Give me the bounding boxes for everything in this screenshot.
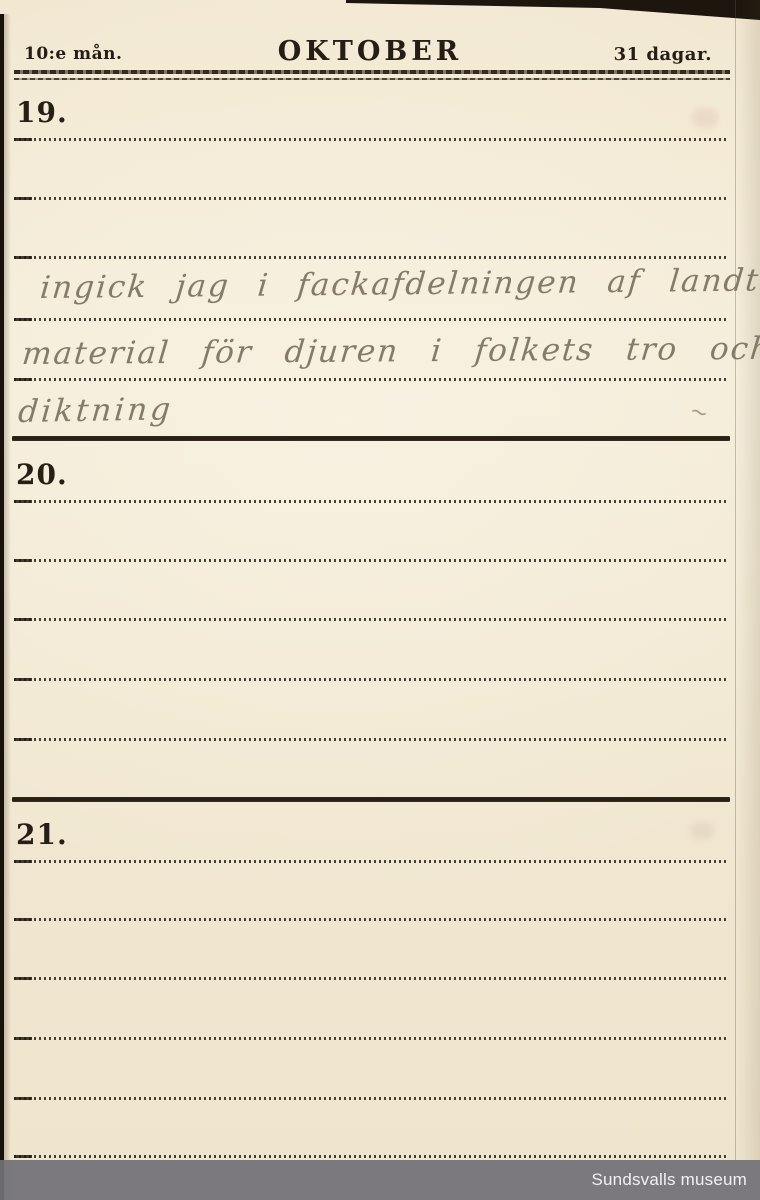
ruled-line (14, 1097, 729, 1100)
museum-credit-text: Sundsvalls museum (591, 1170, 760, 1190)
ruled-line (14, 1037, 729, 1040)
ruled-line (14, 378, 729, 381)
day-number-19: 19. (16, 96, 68, 129)
ruled-line (14, 860, 729, 863)
handwriting-line-1: ingick jag i fackafdelningen af landt- (39, 262, 760, 306)
ruled-line (14, 738, 729, 741)
day-divider (12, 436, 730, 441)
page-edge-right (735, 0, 760, 1160)
ruled-line (14, 197, 729, 200)
ruled-line (14, 559, 729, 562)
bleedthrough-mark (692, 108, 718, 128)
day-number-21: 21. (16, 818, 68, 851)
museum-credit-bar: Sundsvalls museum (0, 1160, 760, 1200)
handwriting-squiggle: ~ (686, 398, 711, 427)
ruled-line (14, 500, 729, 503)
handwriting-line-2: material för djuren i folkets tro och (20, 331, 760, 372)
scan-edge-left-shadow (4, 14, 11, 1200)
handwriting-line-3: diktning (17, 391, 175, 430)
ruled-line (14, 918, 729, 921)
ruled-line (14, 977, 729, 980)
scan-edge-top-right (0, 0, 760, 26)
header-rule-thin (14, 78, 730, 80)
ruled-line (14, 678, 729, 681)
diary-page: 10:e mån. OKTOBER 31 dagar. 19. ingick j… (0, 0, 760, 1200)
ruled-line (14, 1155, 729, 1158)
day-divider (12, 797, 730, 802)
ruled-line (14, 256, 729, 259)
ruled-line (14, 618, 729, 621)
header-days-count: 31 dagar. (614, 44, 712, 65)
header-rule-thick (14, 70, 730, 74)
day-number-20: 20. (16, 458, 68, 491)
ruled-line (14, 318, 729, 321)
ruled-line (14, 138, 729, 141)
bleedthrough-mark (690, 822, 714, 840)
